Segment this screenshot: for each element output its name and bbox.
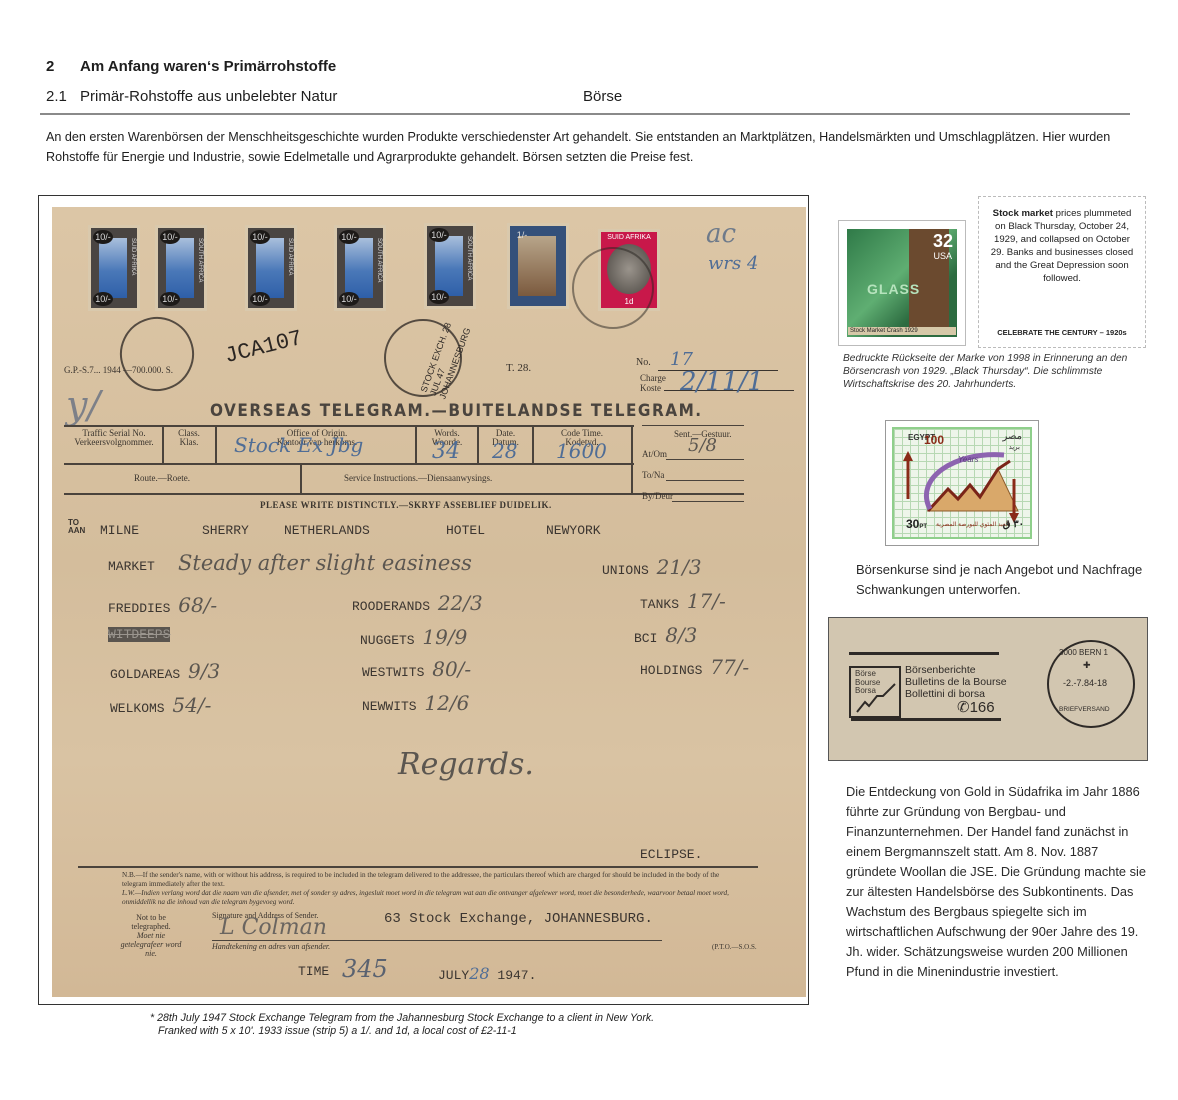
quote-rooderands: ROODERANDS 22/3 <box>352 591 483 615</box>
quote-welkoms: WELKOMS 54/- <box>110 693 211 717</box>
quote-freddies: FREDDIES 68/- <box>108 593 217 617</box>
signature: L Colman <box>220 915 327 940</box>
time-value: 345 <box>342 955 388 983</box>
stamp-10-shilling: 10/-10/-SUID AFRIKA <box>88 225 140 311</box>
code-time-value: 1600 <box>556 439 607 463</box>
sender-address: 63 Stock Exchange, JOHANNESBURG. <box>384 911 653 927</box>
quote-nuggets: NUGGETS 19/9 <box>360 625 467 649</box>
nb-english: N.B.—If the sender's name, with or witho… <box>122 871 742 889</box>
charge-value: 2/11/1 <box>680 367 764 397</box>
quote-newwits: NEWWITS 12/6 <box>362 691 469 715</box>
intro-paragraph: An den ersten Warenbörsen der Menschheit… <box>46 127 1136 167</box>
at-value: 5/8 <box>688 435 717 456</box>
jse-history-text: Die Entdeckung von Gold in Südafrika im … <box>846 782 1146 982</box>
charge-label: ChargeKoste <box>640 373 666 393</box>
field-traffic-serial: Traffic Serial No.Verkeersvolgnommer. <box>66 429 162 447</box>
bern-postmark-piece: BörseBourseBorsa BörsenberichteBulletins… <box>828 617 1148 761</box>
quote-westwits: WESTWITS 80/- <box>362 657 471 681</box>
stamp-10-shilling: 10/-10/-SOUTH AFRICA <box>424 223 476 309</box>
quote-bci: BCI 8/3 <box>634 623 697 647</box>
stamp-10-shilling: 10/-10/-SOUTH AFRICA <box>334 225 386 311</box>
addr-newyork: NEWYORK <box>546 523 601 538</box>
office-of-origin-value: Stock Ex Jbg <box>234 433 363 457</box>
usa-stamp-back: Stock market prices plummeted on Black T… <box>978 196 1146 348</box>
date-value: 28 <box>492 439 517 463</box>
quote-tanks: TANKS 17/- <box>640 589 726 613</box>
write-notice: PLEASE WRITE DISTINCTLY.—SKRYF ASSEBLIEF… <box>260 500 552 510</box>
egypt-value: 30PT <box>906 517 927 531</box>
telegram-footnote: * 28th July 1947 Stock Exchange Telegram… <box>150 1012 770 1038</box>
margin-note-wrs: wrs 4 <box>708 253 758 274</box>
form-number: T. 28. <box>506 362 531 374</box>
quote-witdeeps-struck: WITDEEPS <box>108 627 170 642</box>
swiss-cross-icon: ✚ <box>1083 660 1091 671</box>
egypt-stamp-caption: Börsenkurse sind je nach Angebot und Nac… <box>856 560 1146 600</box>
postmark-johannesburg <box>572 247 654 329</box>
topic-label: Börse <box>583 88 622 105</box>
bourse-logo: BörseBourseBorsa <box>849 666 901 718</box>
quote-unions: UNIONS 21/3 <box>602 555 702 579</box>
service-instructions-label: Service Instructions.—Diensaanwysings. <box>344 473 492 483</box>
chapter-heading: 2Am Anfang waren‘s Primärrohstoffe <box>46 58 336 75</box>
code-word: ECLIPSE. <box>640 847 702 862</box>
section-heading: 2.1Primär-Rohstoffe aus unbelebter Natur <box>46 88 337 105</box>
stamp-caption: Stock Market Crash 1929 <box>848 327 956 335</box>
postmark-stock-exchange: STOCK EXCH. 28 JUL 47 JOHANNESBURG <box>384 319 462 397</box>
date-line: JULY28 1947. <box>438 964 536 983</box>
stamp-10-shilling: 10/-10/-SUID AFRIKA <box>245 225 297 311</box>
slogan-text: BörsenberichteBulletins de la BourseBoll… <box>905 664 1007 700</box>
bern-circle-stamp: 3000 BERN 1 ✚ -2.-7.84-18 BRIEFVERSAND <box>1047 640 1135 728</box>
to-na-label: To/Na <box>642 470 664 480</box>
addr-milne: MILNE <box>100 523 139 538</box>
pto-note: (P.T.O.—S.O.S. <box>712 943 757 951</box>
addr-sherry: SHERRY <box>202 523 249 538</box>
number-label: No. <box>636 357 651 368</box>
addr-hotel: HOTEL <box>446 523 485 538</box>
egypt-stamp: EGYPT مصر بريد 100 Years 30PT العيد المئ… <box>885 420 1039 546</box>
market-label: MARKET <box>108 559 155 574</box>
addr-netherlands: NETHERLANDS <box>284 523 370 538</box>
left-margin-note: y/ <box>66 383 100 427</box>
phone-number: ✆166 <box>957 698 995 716</box>
nb-afrikaans: L.W.—Indien verlang word dat die naam va… <box>122 889 742 907</box>
not-telegraphed-note: Not to be telegraphed.Moet nie getelegra… <box>116 913 186 958</box>
usa-stamp: GLASS 32 USA Stock Market Crash 1929 <box>838 220 966 346</box>
stamp-country: USA <box>933 251 952 261</box>
header-divider <box>40 113 1130 115</box>
market-note: Steady after slight easiness <box>178 551 472 575</box>
to-label: TOAAN <box>68 519 85 535</box>
field-class: Class.Klas. <box>164 429 214 447</box>
chapter-title: Am Anfang waren‘s Primärrohstoffe <box>80 58 336 75</box>
section-number: 2.1 <box>46 88 80 105</box>
usa-stamp-caption: Bedruckte Rückseite der Marke von 1998 i… <box>843 352 1173 391</box>
section-title: Primär-Rohstoffe aus unbelebter Natur <box>80 88 337 105</box>
postmark-stock-exchange <box>110 307 205 402</box>
chapter-number: 2 <box>46 58 80 75</box>
stamp-value: 32 <box>933 231 953 252</box>
time-label: TIME <box>298 964 329 979</box>
regards-note: Regards. <box>398 747 534 782</box>
telegram-document: 10/-10/-SUID AFRIKA 10/-10/-SOUTH AFRICA… <box>52 207 806 997</box>
at-label: At/Om <box>642 449 667 459</box>
route-label: Route.—Roete. <box>134 473 190 483</box>
signature-label-af: Handtekening en adres van afsender. <box>212 942 330 951</box>
stamp-10-shilling: 10/-10/-SOUTH AFRICA <box>155 225 207 311</box>
quote-holdings: HOLDINGS 77/- <box>640 655 749 679</box>
phone-icon: ✆ <box>957 699 970 716</box>
margin-note-ac: ac <box>706 219 736 249</box>
by-label: By/Deur <box>642 491 673 501</box>
stamp-1-shilling: 1/- <box>507 223 569 309</box>
printer-line: G.P.-S.7... 1944 —700.000. S. <box>64 365 173 375</box>
telegram-title: OVERSEAS TELEGRAM.—BUITELANDSE TELEGRAM. <box>210 401 703 421</box>
registration-number: JCA107 <box>222 326 305 369</box>
words-value: 34 <box>432 439 460 464</box>
quote-goldareas: GOLDAREAS 9/3 <box>110 659 220 683</box>
